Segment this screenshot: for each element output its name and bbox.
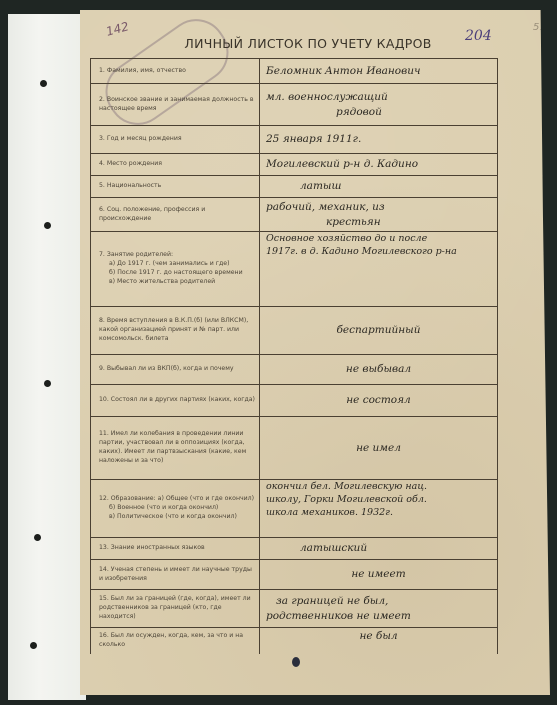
form-sheet: 142 ЛИЧНЫЙ ЛИСТОК ПО УЧЕТУ КАДРОВ 204 51… bbox=[80, 10, 550, 695]
form-row-convictions: 16. Был ли осужден, когда, кем, за что и… bbox=[91, 628, 498, 654]
value-line: школа механиков. 1932г. bbox=[266, 507, 393, 518]
field-value: Беломник Антон Иванович bbox=[260, 59, 498, 84]
field-value: не имел bbox=[260, 417, 498, 480]
form-row-languages: 13. Знание иностранных языков латышский bbox=[91, 538, 498, 560]
field-value: Могилевский р-н д. Кадино bbox=[260, 154, 498, 176]
field-value: беспартийный bbox=[260, 307, 498, 355]
field-value: за границей не был,родственников не имее… bbox=[260, 590, 498, 628]
form-row-abroad: 15. Был ли за границей (где, когда), име… bbox=[91, 590, 498, 628]
label-line: в) Место жительства родителей bbox=[99, 278, 255, 287]
field-value: 25 января 1911г. bbox=[260, 126, 498, 154]
form-row-birthplace: 4. Место рождения Могилевский р-н д. Кад… bbox=[91, 154, 498, 176]
field-value: мл. военнослужащийрядовой bbox=[260, 84, 498, 126]
field-value: окончил бел. Могилевскую нац.школу, Горк… bbox=[260, 480, 498, 538]
field-label: 9. Выбывал ли из ВКП(б), когда и почему bbox=[91, 355, 260, 385]
value-line: Основное хозяйство до и после bbox=[266, 233, 427, 244]
value-line: родственников не имеет bbox=[266, 610, 411, 622]
field-value: не состоял bbox=[260, 385, 498, 417]
form-row-degree: 14. Ученая степень и имеет ли научные тр… bbox=[91, 560, 498, 590]
field-value: не имеет bbox=[260, 560, 498, 590]
field-value: не выбывал bbox=[260, 355, 498, 385]
field-label: 13. Знание иностранных языков bbox=[91, 538, 260, 560]
archive-page-number: 204 bbox=[465, 28, 492, 44]
form-row-surname: 1. Фамилия, имя, отчество Беломник Антон… bbox=[91, 59, 498, 84]
field-label: 8. Время вступления в В.К.П.(б) (или ВЛК… bbox=[91, 307, 260, 355]
field-label: 12. Образование: а) Общее (что и где око… bbox=[91, 480, 260, 538]
value-line: мл. военнослужащий bbox=[266, 91, 388, 103]
punch-hole bbox=[30, 642, 37, 649]
field-value: Основное хозяйство до и после1917г. в д.… bbox=[260, 232, 498, 307]
form-row-party-entry: 8. Время вступления в В.К.П.(б) (или ВЛК… bbox=[91, 307, 498, 355]
value-line: рядовой bbox=[266, 106, 382, 118]
form-row-nationality: 5. Национальность латыш bbox=[91, 176, 498, 198]
personnel-form-table: 1. Фамилия, имя, отчество Беломник Антон… bbox=[90, 58, 498, 654]
handwritten-sheet-number: 142 bbox=[105, 19, 131, 38]
field-value: латышский bbox=[260, 538, 498, 560]
value-line: Беломник Антон Иванович bbox=[266, 65, 421, 77]
form-row-social-status: 6. Соц. положение, профессия и происхожд… bbox=[91, 198, 498, 232]
form-row-rank: 2. Воинское звание и занимаемая должност… bbox=[91, 84, 498, 126]
field-label: 16. Был ли осужден, когда, кем, за что и… bbox=[91, 628, 260, 654]
form-row-party-exit: 9. Выбывал ли из ВКП(б), когда и почему … bbox=[91, 355, 498, 385]
form-row-parents: 7. Занятие родителей: а) До 1917 г. (чем… bbox=[91, 232, 498, 307]
label-line: 7. Занятие родителей: bbox=[99, 251, 173, 258]
punch-hole bbox=[40, 80, 47, 87]
field-label: 6. Соц. положение, профессия и происхожд… bbox=[91, 198, 260, 232]
form-row-other-parties: 10. Состоял ли в других партиях (каких, … bbox=[91, 385, 498, 417]
label-line: а) До 1917 г. (чем занимались и где) bbox=[99, 260, 255, 269]
value-line: школу, Горки Могилевской обл. bbox=[266, 494, 427, 505]
corner-number: 51 bbox=[533, 22, 546, 33]
value-line: окончил бел. Могилевскую нац. bbox=[266, 481, 427, 492]
field-label: 5. Национальность bbox=[91, 176, 260, 198]
field-label: 7. Занятие родителей: а) До 1917 г. (чем… bbox=[91, 232, 260, 307]
value-line: за границей не был, bbox=[266, 595, 388, 607]
value-line: крестьян bbox=[266, 216, 381, 228]
field-label: 11. Имел ли колебания в проведении линии… bbox=[91, 417, 260, 480]
field-label: 2. Воинское звание и занимаемая должност… bbox=[91, 84, 260, 126]
field-label: 4. Место рождения bbox=[91, 154, 260, 176]
field-label: 1. Фамилия, имя, отчество bbox=[91, 59, 260, 84]
ink-blot bbox=[292, 657, 300, 667]
field-label: 10. Состоял ли в других партиях (каких, … bbox=[91, 385, 260, 417]
label-line: в) Политическое (что и когда окончил) bbox=[99, 513, 255, 522]
label-line: 12. Образование: а) Общее (что и где око… bbox=[99, 495, 254, 502]
form-title: ЛИЧНЫЙ ЛИСТОК ПО УЧЕТУ КАДРОВ bbox=[158, 36, 458, 51]
binding-margin-strip bbox=[8, 14, 86, 700]
field-value: латыш bbox=[260, 176, 498, 198]
form-row-birthdate: 3. Год и месяц рождения 25 января 1911г. bbox=[91, 126, 498, 154]
punch-hole bbox=[34, 534, 41, 541]
form-row-education: 12. Образование: а) Общее (что и где око… bbox=[91, 480, 498, 538]
value-line: рабочий, механик, из bbox=[266, 201, 385, 213]
punch-hole bbox=[44, 222, 51, 229]
field-label: 3. Год и месяц рождения bbox=[91, 126, 260, 154]
field-label: 15. Был ли за границей (где, когда), име… bbox=[91, 590, 260, 628]
label-line: б) Военное (что и когда окончил) bbox=[99, 504, 255, 513]
field-label: 14. Ученая степень и имеет ли научные тр… bbox=[91, 560, 260, 590]
form-row-deviations: 11. Имел ли колебания в проведении линии… bbox=[91, 417, 498, 480]
value-line: 1917г. в д. Кадино Могилевского р-на bbox=[266, 246, 457, 257]
field-value: рабочий, механик, изкрестьян bbox=[260, 198, 498, 232]
punch-hole bbox=[44, 380, 51, 387]
label-line: б) После 1917 г. до настоящего времени bbox=[99, 269, 255, 278]
field-value: не был bbox=[260, 628, 498, 654]
